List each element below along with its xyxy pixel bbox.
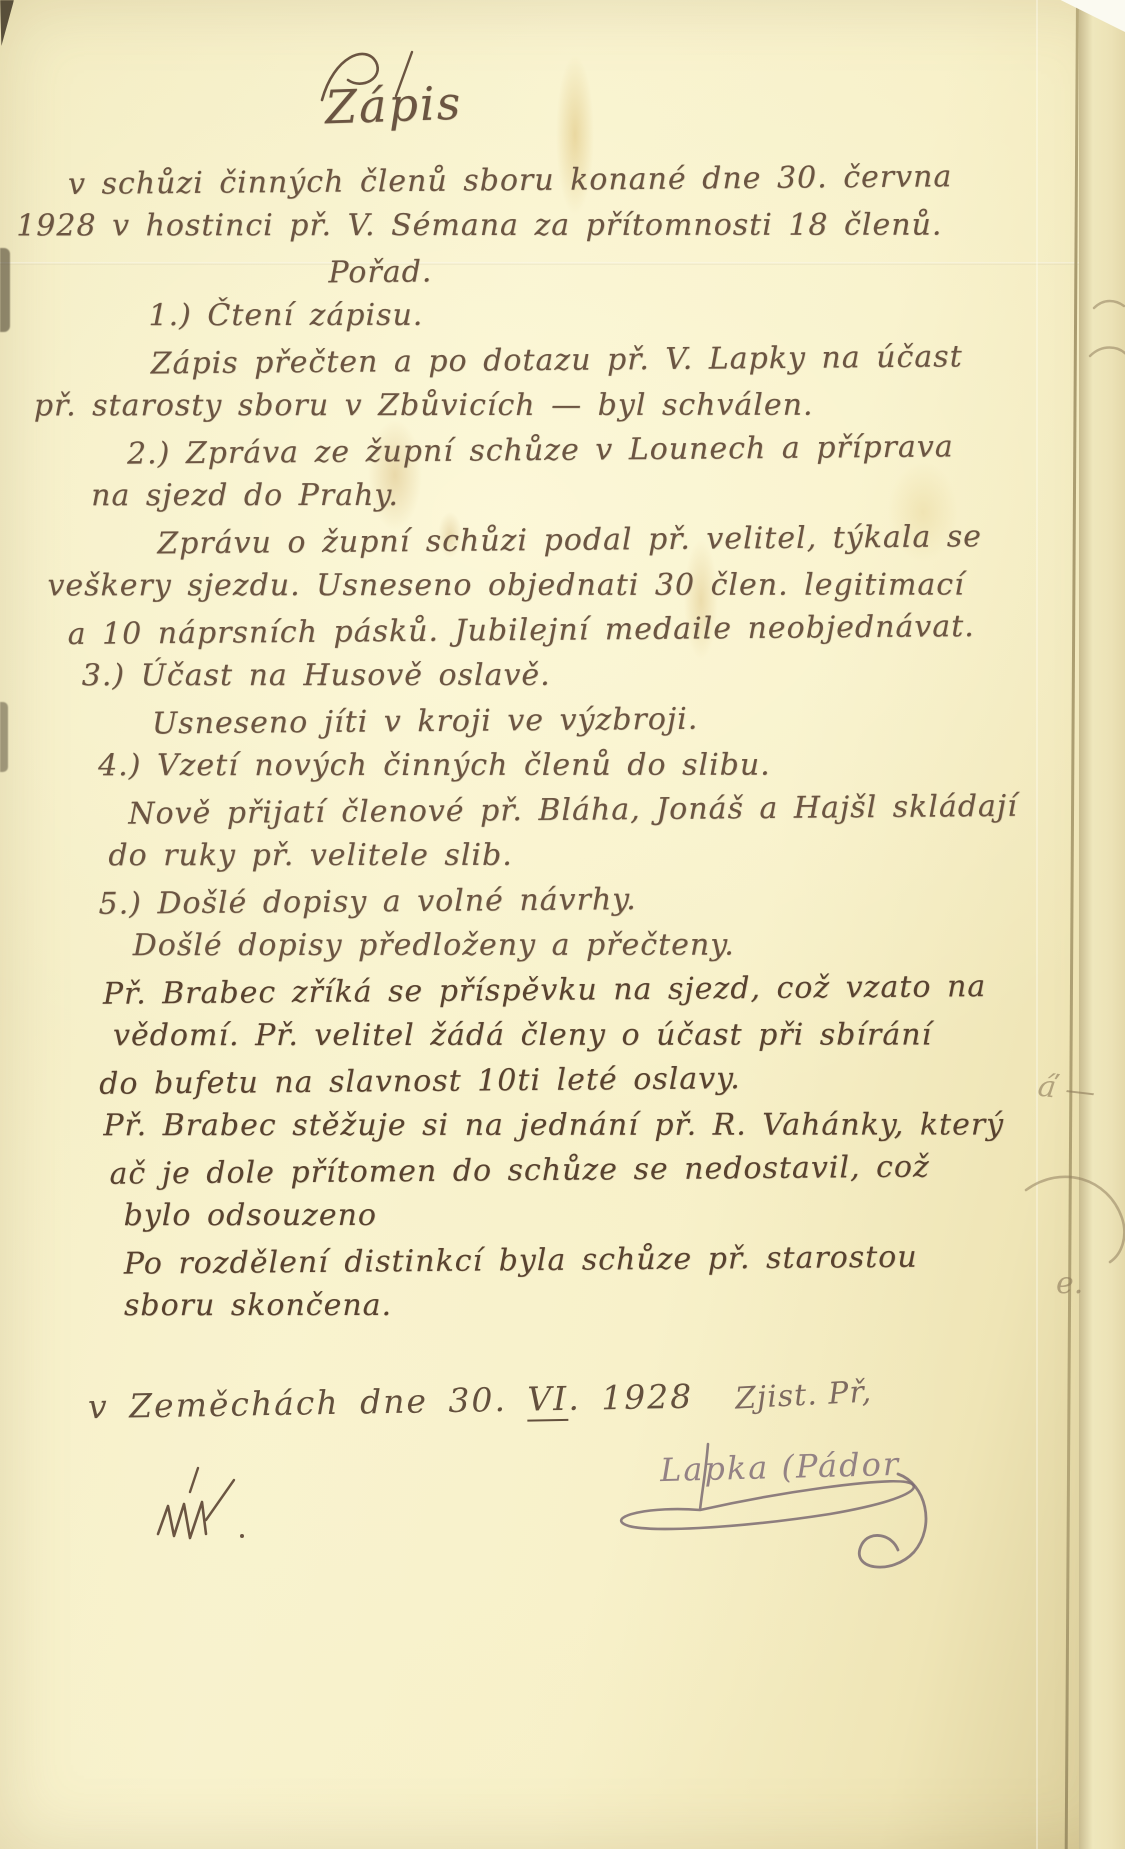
document-line: Po rozdělení distinkcí byla schůze př. s… <box>124 1234 1007 1287</box>
scan-edge-mark <box>0 0 14 46</box>
document-line: Zápis přečten a po dotazu př. V. Lapky n… <box>150 334 1003 386</box>
document-line: vědomí. Př. velitel žádá členy o účast p… <box>113 1012 1006 1058</box>
date-prefix: v Zeměchách dne 30. <box>88 1380 528 1427</box>
document-line: Nově přijatí členové př. Bláha, Jonáš a … <box>128 784 1005 837</box>
page-edge-line <box>1065 0 1079 1849</box>
initials-scribble-mark <box>140 1462 260 1562</box>
document-line: veškery sjezdu. Usneseno objednati 30 čl… <box>47 562 1004 608</box>
next-page-ink-marks <box>1088 292 1125 382</box>
signature-attest: Zjist. Př, <box>734 1374 873 1416</box>
next-page-text-fragment: e. <box>1056 1266 1083 1301</box>
date-line: v Zeměchách dne 30. VI. 1928 <box>88 1377 694 1427</box>
date-month-roman: VI <box>527 1379 569 1422</box>
document-line: 1.) Čtení zápisu. <box>148 292 1003 338</box>
document-line: Př. Brabec stěžuje si na jednání př. R. … <box>103 1102 1006 1148</box>
next-page-ink-marks <box>1022 1160 1125 1270</box>
date-suffix: . 1928 <box>568 1377 694 1418</box>
document-title: Zápis <box>324 76 463 135</box>
underlying-page-edge <box>1079 0 1125 1849</box>
document-line: 3.) Účast na Husově oslavě. <box>82 652 1005 698</box>
document-line: Pořad. <box>328 244 1003 295</box>
scanned-page: Zápis v schůzi činných členů sboru konan… <box>0 0 1125 1849</box>
document-line: v schůzi činných členů sboru konané dne … <box>68 154 1003 207</box>
next-page-text-fragment: á̕ — <box>1036 1069 1097 1111</box>
document-line: do ruky př. velitele slib. <box>108 832 1005 878</box>
document-line: 4.) Vzetí nových činných členů do slibu. <box>98 742 1005 788</box>
document-line: 1928 v hostinci př. V. Sémana za přítomn… <box>16 203 1003 249</box>
document-line: ač je dole přítomen do schůze se nedosta… <box>109 1144 1006 1197</box>
document-line: Zprávu o župní schůzi podal př. velitel,… <box>157 514 1004 566</box>
document-line: 5.) Došlé dopisy a volné návrhy. <box>98 874 1005 927</box>
document-lines: v schůzi činných členů sboru konané dne … <box>0 156 1007 1330</box>
document-line: 2.) Zpráva ze župní schůze v Lounech a p… <box>127 424 1004 477</box>
document-line: sboru skončena. <box>124 1282 1007 1328</box>
document-line: Př. Brabec zříká se příspěvku na sjezd, … <box>103 964 1006 1017</box>
paper-fold-crease <box>1036 0 1038 1849</box>
document-line: Usneseno jíti v kroji ve výzbroji. <box>152 694 1005 746</box>
document-line: Došlé dopisy předloženy a přečteny. <box>133 922 1006 968</box>
document-line: na sjezd do Prahy. <box>91 472 1004 518</box>
document-line: bylo odsouzeno <box>124 1192 1007 1238</box>
document-line: a 10 náprsních pásků. Jubilejní medaile … <box>67 604 1004 657</box>
document-line: př. starosty sboru v Zbůvicích — byl sch… <box>34 383 1004 429</box>
document-line: do bufetu na slavnost 10ti leté oslavy. <box>99 1054 1006 1107</box>
signature-flourish-mark <box>580 1430 980 1620</box>
